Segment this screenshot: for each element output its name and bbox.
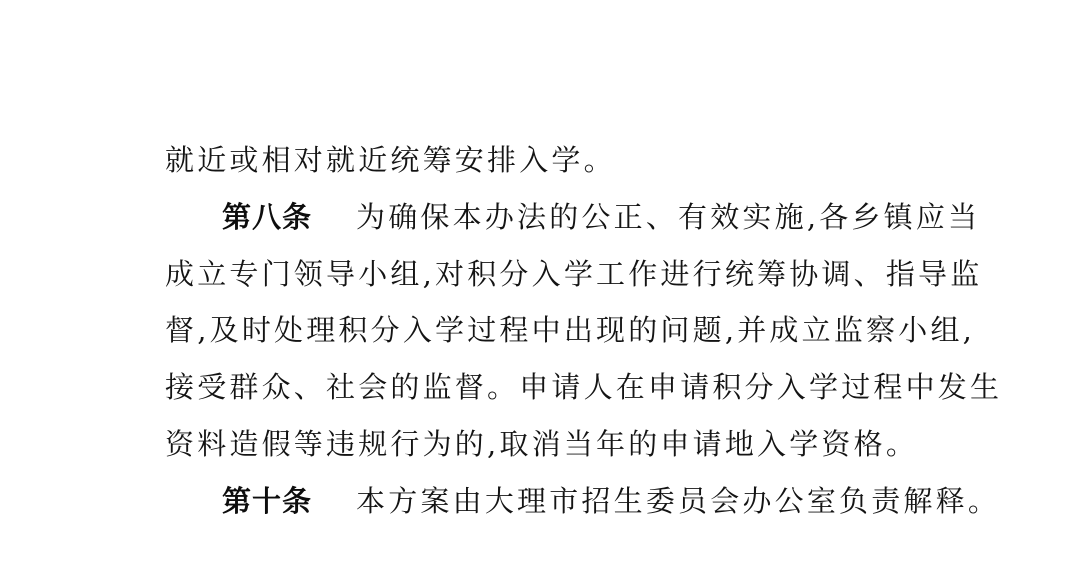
line-text: 就近或相对就近统筹安排入学。	[165, 143, 616, 177]
paragraph-line: 督,及时处理积分入学过程中出现的问题,并成立监察小组,	[165, 313, 975, 347]
line-text: 督,及时处理积分入学过程中出现的问题,并成立监察小组,	[165, 313, 975, 347]
article-heading: 第八条	[222, 200, 312, 234]
line-text: 接受群众、社会的监督。申请人在申请积分入学过程中发生	[165, 370, 1002, 404]
article-10-line: 第十条本方案由大理市招生委员会办公室负责解释。	[222, 484, 1000, 518]
line-text: 为确保本办法的公正、有效实施,各乡镇应当	[356, 200, 980, 234]
line-text: 资料造假等违规行为的,取消当年的申请地入学资格。	[165, 427, 918, 461]
line-text: 本方案由大理市招生委员会办公室负责解释。	[356, 484, 1000, 518]
paragraph-line: 就近或相对就近统筹安排入学。	[165, 143, 616, 177]
article-heading: 第十条	[222, 484, 312, 518]
article-8-first-line: 第八条为确保本办法的公正、有效实施,各乡镇应当	[222, 200, 980, 234]
paragraph-line: 接受群众、社会的监督。申请人在申请积分入学过程中发生	[165, 370, 1002, 404]
paragraph-line: 资料造假等违规行为的,取消当年的申请地入学资格。	[165, 427, 918, 461]
document-page: 就近或相对就近统筹安排入学。 第八条为确保本办法的公正、有效实施,各乡镇应当 成…	[0, 0, 1080, 588]
line-text: 成立专门领导小组,对积分入学工作进行统筹协调、指导监	[165, 257, 982, 291]
paragraph-line: 成立专门领导小组,对积分入学工作进行统筹协调、指导监	[165, 257, 982, 291]
